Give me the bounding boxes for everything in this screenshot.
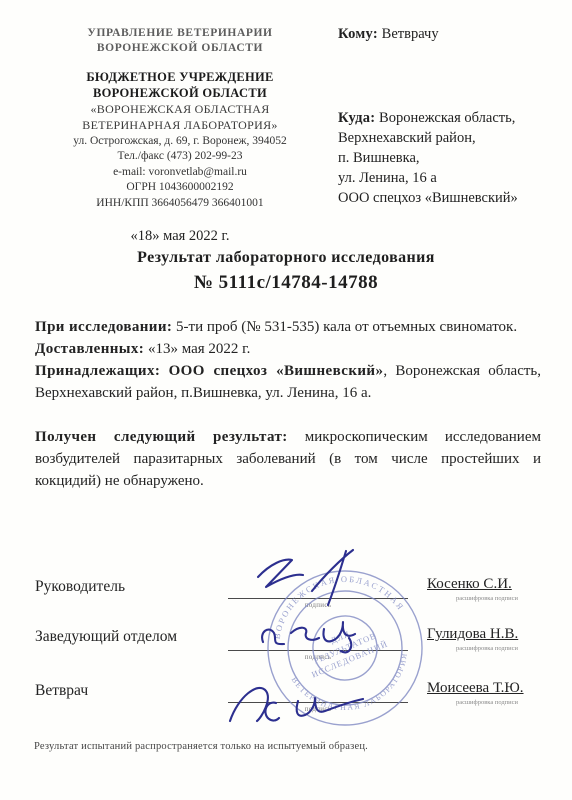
sig-name-vet: Моисеева Т.Ю. [427,680,562,697]
document-date: «18» мая 2022 г. [30,228,330,245]
org-name-line-4: ВЕТЕРИНАРНАЯ ЛАБОРАТОРИЯ» [30,118,330,134]
signature-director-stroke2 [312,550,353,605]
sig-name-caption-vet: расшифровка подписи [427,699,547,706]
to-value: Ветврачу [382,26,439,42]
sig-role-director: Руководитель [35,578,125,596]
where-value-1: Воронежская область, [379,110,515,126]
paragraph-delivered: Доставленных: «13» мая 2022 г. [35,338,541,360]
owner-company: ООО спецхоз «Вишневский» [169,363,384,379]
org-address: ул. Острогожская, д. 69, г. Воронеж, 394… [30,134,330,150]
sig-name-director: Косенко С.И. [427,576,562,593]
department-line-1: УПРАВЛЕНИЕ ВЕТЕРИНАРИИ [30,26,330,41]
where-label: Куда: [338,110,375,126]
research-text: 5-ти проб (№ 531-535) кала от отъемных с… [176,319,517,335]
sig-role-vet: Ветврач [35,682,88,700]
signature-vet [230,688,363,721]
document-body: При исследовании: 5-ти проб (№ 531-535) … [35,316,541,492]
recipient-where-block: Куда: Воронежская область, Верхнехавский… [338,108,556,208]
org-name-line-3: «ВОРОНЕЖСКАЯ ОБЛАСТНАЯ [30,102,330,118]
to-label: Кому: [338,26,378,42]
document-page: УПРАВЛЕНИЕ ВЕТЕРИНАРИИ ВОРОНЕЖСКОЙ ОБЛАС… [0,0,572,800]
org-inn-kpp: ИНН/КПП 3664056479 366401001 [30,196,330,212]
delivered-label: Доставленных: [35,341,144,357]
recipient-block: Кому: Ветврачу Куда: Воронежская область… [338,24,556,208]
org-ogrn: ОГРН 1043600002192 [30,180,330,196]
footer-note: Результат испытаний распространяется тол… [34,741,368,752]
sig-name-head: Гулидова Н.В. [427,626,562,643]
org-name-line-1: БЮДЖЕТНОЕ УЧРЕЖДЕНИЕ [30,69,330,86]
where-line-2: Верхнехавский район, [338,128,556,148]
sig-role-head: Заведующий отделом [35,628,177,646]
org-name-line-2: ВОРОНЕЖСКОЙ ОБЛАСТИ [30,85,330,102]
where-line-3: п. Вишневка, [338,148,556,168]
result-label: Получен следующий результат: [35,429,288,445]
paragraph-result: Получен следующий результат: микроскопич… [35,426,541,492]
sig-name-caption-head: расшифровка подписи [427,645,547,652]
where-line-4: ул. Ленина, 16 а [338,168,556,188]
owner-label: Принадлежащих: [35,363,160,379]
signature-head [262,622,355,652]
signature-director [258,560,303,587]
paragraph-research: При исследовании: 5-ти проб (№ 531-535) … [35,316,541,338]
sig-name-caption-director: расшифровка подписи [427,595,547,602]
delivered-text: «13» мая 2022 г. [148,341,250,357]
org-phone: Тел./факс (473) 202-99-23 [30,149,330,165]
letterhead: УПРАВЛЕНИЕ ВЕТЕРИНАРИИ ВОРОНЕЖСКОЙ ОБЛАС… [30,26,330,245]
where-line-1: Куда: Воронежская область, [338,108,556,128]
department-line-2: ВОРОНЕЖСКОЙ ОБЛАСТИ [30,41,330,56]
title-line-1: Результат лабораторного исследования [0,249,572,267]
title-number: № 5111с/14784-14788 [0,272,572,294]
paragraph-owner: Принадлежащих: ООО спецхоз «Вишневский»,… [35,360,541,404]
document-title: Результат лабораторного исследования № 5… [0,249,572,294]
ink-signatures [200,545,435,745]
research-label: При исследовании: [35,319,172,335]
where-line-5: ООО спецхоз «Вишневский» [338,188,556,208]
recipient-to-line: Кому: Ветврачу [338,24,556,44]
org-email: e-mail: voronvetlab@mail.ru [30,165,330,181]
